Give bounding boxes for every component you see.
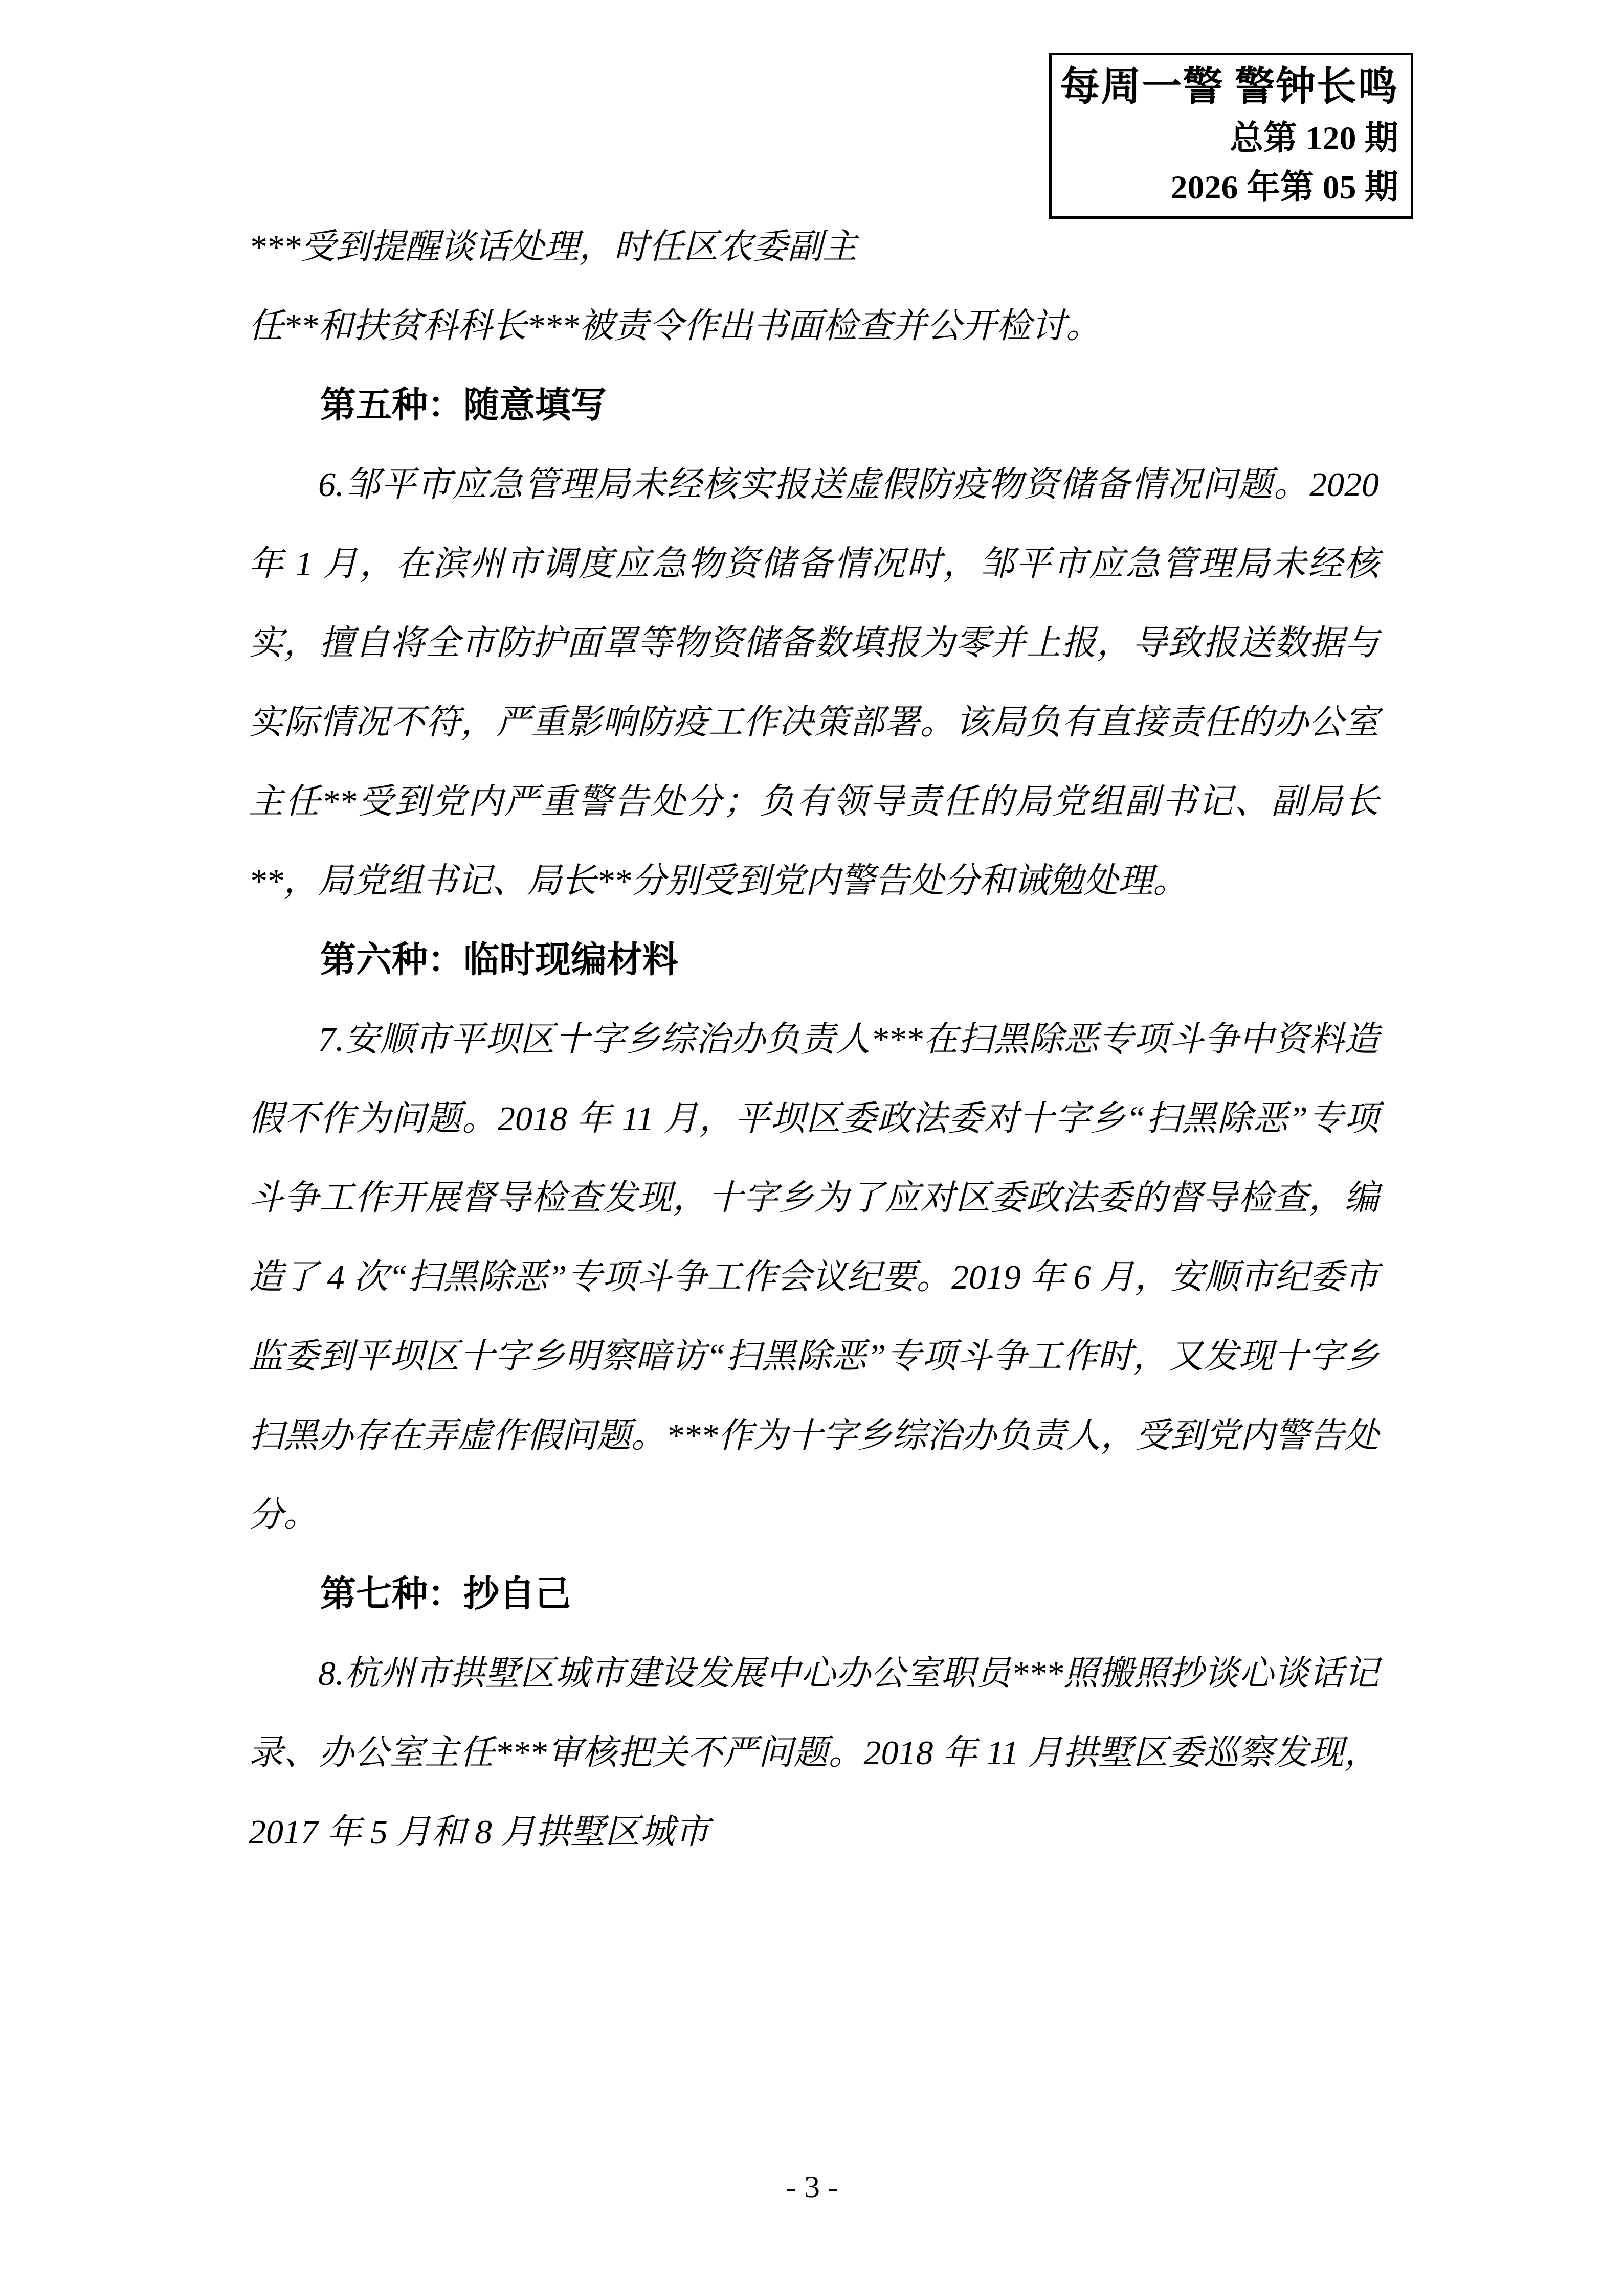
continuation-line-2: 任**和扶贫科科长***被责令作出书面检查并公开检讨。 [249, 286, 1379, 366]
section-heading-5: 第五种：随意填写 [249, 366, 1379, 445]
masthead-title: 每周一警 警钟长鸣 [1060, 67, 1398, 107]
page-number: - 3 - [0, 2171, 1624, 2203]
section-paragraph-7: 7.安顺市平坝区十字乡综治办负责人***在扫黑除恶专项斗争中资料造假不作为问题。… [249, 1000, 1379, 1555]
continuation-line-1: ***受到提醒谈话处理，时任区农委副主 [249, 207, 1379, 286]
document-page: 每周一警 警钟长鸣 总第 120 期 2026 年第 05 期 ***受到提醒谈… [0, 0, 1624, 2296]
section-heading-7: 第七种：抄自己 [249, 1555, 1379, 1634]
masthead-issue-total: 总第 120 期 [1230, 122, 1398, 155]
section-paragraph-8: 8.杭州市拱墅区城市建设发展中心办公室职员***照搬照抄谈心谈话记录、办公室主任… [249, 1634, 1379, 1872]
section-heading-6: 第六种：临时现编材料 [249, 920, 1379, 1000]
masthead-box: 每周一警 警钟长鸣 总第 120 期 2026 年第 05 期 [1049, 53, 1413, 219]
section-paragraph-6: 6.邹平市应急管理局未经核实报送虚假防疫物资储备情况问题。2020 年 1 月，… [249, 445, 1379, 920]
masthead-issue-year: 2026 年第 05 期 [1171, 171, 1399, 205]
document-body: ***受到提醒谈话处理，时任区农委副主 任**和扶贫科科长***被责令作出书面检… [249, 207, 1379, 1872]
